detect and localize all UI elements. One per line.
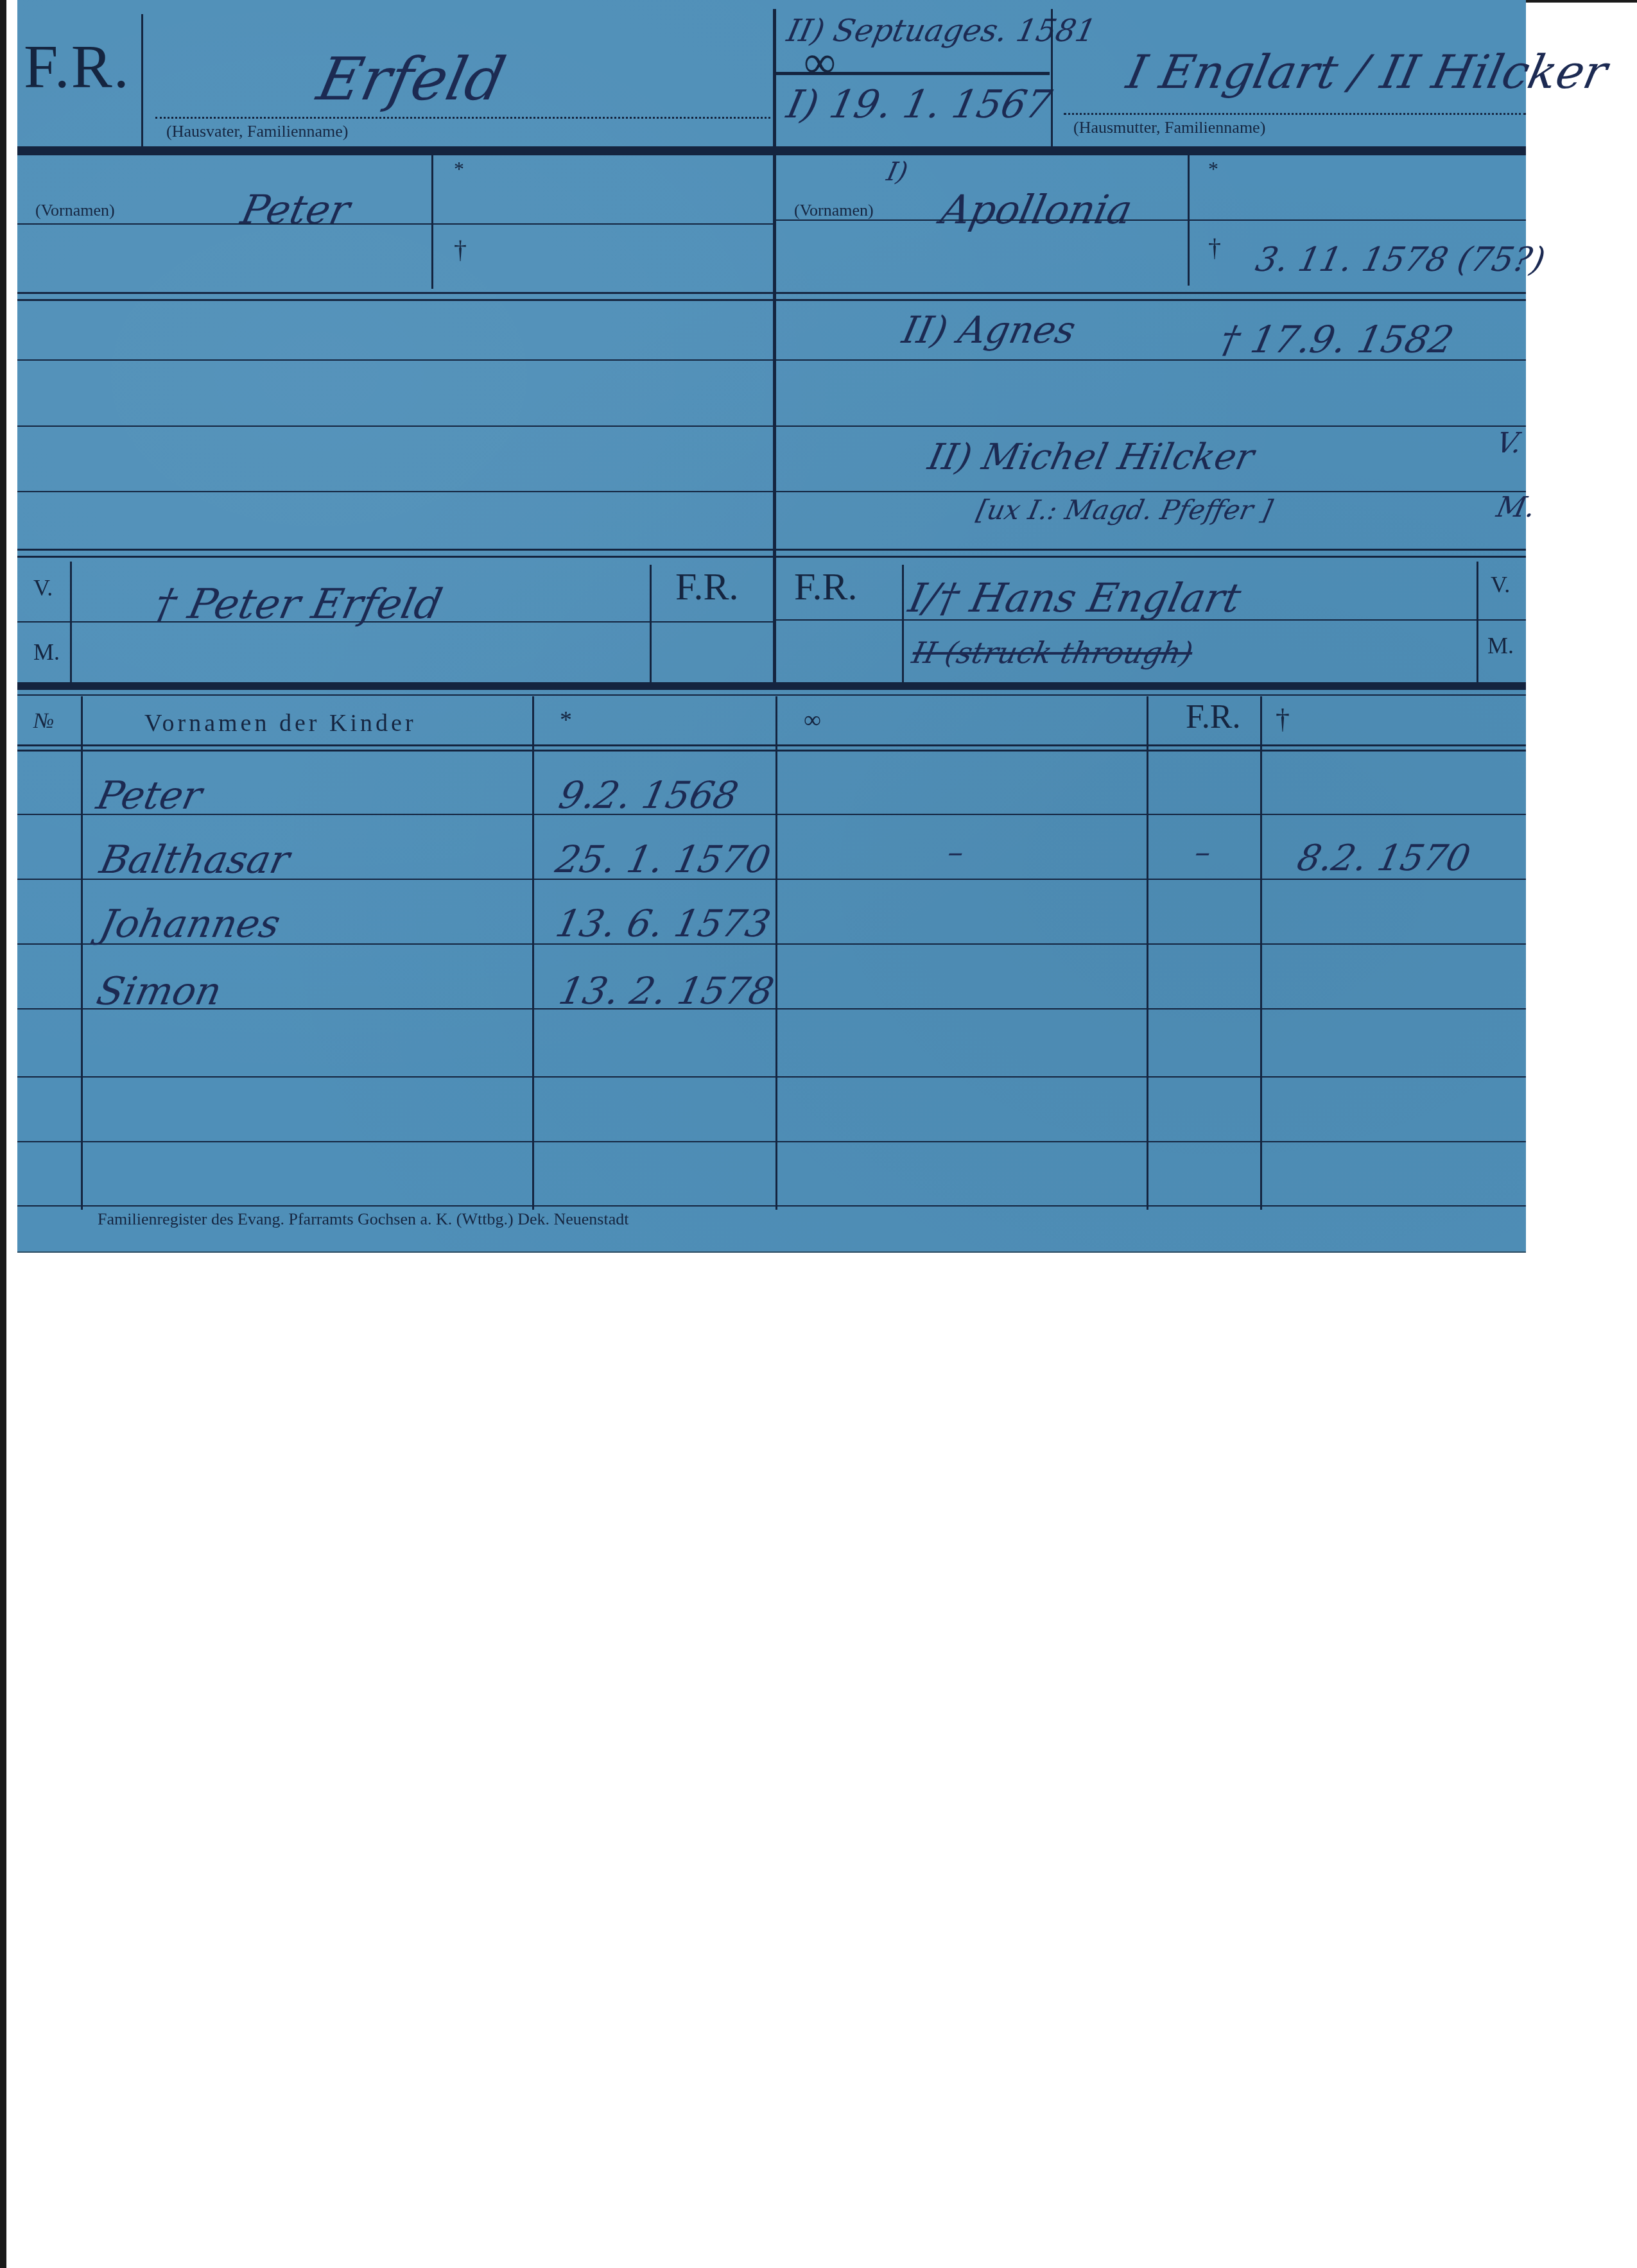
col-header-birth: *: [560, 706, 572, 734]
divider: [70, 562, 72, 683]
wife-second-death: † 17.9. 1582: [1217, 318, 1458, 361]
double-rule: [17, 299, 1526, 301]
double-rule: [17, 292, 1526, 294]
child-birth: 9.2. 1568: [555, 773, 742, 817]
wife-death-symbol: †: [1208, 232, 1221, 262]
marriage-divider: [775, 72, 1050, 75]
col-header-marriage: ∞: [804, 706, 821, 734]
wife-given-caption: (Vornamen): [794, 201, 874, 220]
rule: [17, 694, 1526, 696]
child-fr: –: [1191, 834, 1215, 870]
husband-fr-label: F.R.: [675, 565, 739, 609]
wife-m-label: M.: [1487, 632, 1514, 659]
col-divider: [1260, 696, 1262, 1210]
double-rule: [17, 744, 1526, 746]
double-rule: [17, 556, 1526, 558]
husband-death-symbol: †: [454, 234, 467, 264]
wife-mother: II (struck through): [909, 635, 1196, 670]
notes-v-label: V.: [1494, 427, 1525, 460]
footer-imprint: Familienregister des Evang. Pfarramts Go…: [98, 1210, 628, 1229]
divider: [902, 565, 904, 683]
divider: [1477, 562, 1478, 683]
child-name: Johannes: [96, 902, 284, 947]
child-death: 8.2. 1570: [1294, 838, 1474, 879]
rule: [775, 219, 1526, 221]
wife-given-name: Apollonia: [937, 186, 1136, 233]
fr-label: F.R.: [24, 31, 130, 102]
divider: [1188, 154, 1190, 286]
col-divider: [81, 696, 83, 1210]
notes-m-label: M.: [1494, 491, 1539, 524]
wife-v-label: V.: [1491, 571, 1510, 598]
child-birth: 13. 2. 1578: [555, 969, 778, 1013]
husband-second-entry: II) Michel Hilcker: [924, 436, 1258, 478]
double-rule: [17, 549, 1526, 551]
child-birth: 13. 6. 1573: [552, 902, 775, 945]
double-rule: [17, 750, 1526, 752]
wife-father: I/† Hans Englart: [905, 574, 1245, 621]
child-birth: 25. 1. 1570: [552, 838, 775, 881]
wife-fr-label: F.R.: [794, 565, 858, 609]
wife-surname-caption: (Hausmutter, Familienname): [1073, 118, 1265, 137]
rule: [775, 619, 1526, 621]
scan-edge: [0, 0, 6, 2268]
wife-given-marker: I): [884, 157, 910, 187]
wife-birth-symbol: *: [1208, 157, 1218, 181]
divider: [1051, 9, 1053, 149]
heavy-rule: [17, 146, 1526, 155]
divider: [431, 154, 433, 289]
husband-v-label: V.: [33, 574, 53, 601]
col-header-no: №: [33, 709, 54, 734]
child-name: Peter: [93, 773, 206, 818]
col-header-names: Vornamen der Kinder: [144, 709, 417, 737]
husband-second-note: [ux I.: Magd. Pfeffer ]: [974, 494, 1276, 526]
marriage-symbol: ∞: [804, 37, 836, 89]
marriage-first: I) 19. 1. 1567: [783, 82, 1056, 127]
husband-m-label: M.: [33, 639, 60, 666]
surname-line: [155, 117, 775, 119]
col-header-death: †: [1276, 703, 1290, 735]
row-rule: [17, 1205, 1526, 1207]
rule: [17, 425, 1526, 427]
family-register-card: F.R. Erfeld (Hausvater, Familienname) II…: [17, 0, 1526, 1251]
heavy-rule: [17, 682, 1526, 690]
surname-line: [1064, 113, 1526, 115]
wife-surname: I Englart / II Hilcker: [1122, 45, 1612, 99]
row-rule: [17, 1008, 1526, 1009]
center-divider: [773, 9, 776, 686]
row-rule: [17, 814, 1526, 815]
husband-given-caption: (Vornamen): [35, 201, 115, 220]
divider: [141, 14, 143, 149]
husband-surname: Erfeld: [312, 45, 512, 114]
child-name: Balthasar: [96, 838, 294, 882]
child-name: Simon: [93, 969, 226, 1014]
col-divider: [532, 696, 534, 1210]
col-divider: [775, 696, 777, 1210]
husband-father: † Peter Erfeld: [150, 581, 446, 628]
husband-birth-symbol: *: [454, 157, 464, 181]
husband-surname-caption: (Hausvater, Familienname): [166, 122, 348, 141]
row-rule: [17, 1141, 1526, 1142]
col-divider: [1147, 696, 1148, 1210]
divider: [650, 565, 652, 683]
husband-given-name: Peter: [237, 186, 354, 233]
row-rule: [17, 1076, 1526, 1078]
rule: [17, 223, 773, 225]
wife-second-entry: II) Agnes: [899, 308, 1080, 352]
col-header-fr: F.R.: [1186, 698, 1240, 736]
wife-death-date: 3. 11. 1578 (75?): [1252, 241, 1549, 279]
rule: [17, 491, 1526, 492]
child-marriage: –: [944, 834, 967, 870]
